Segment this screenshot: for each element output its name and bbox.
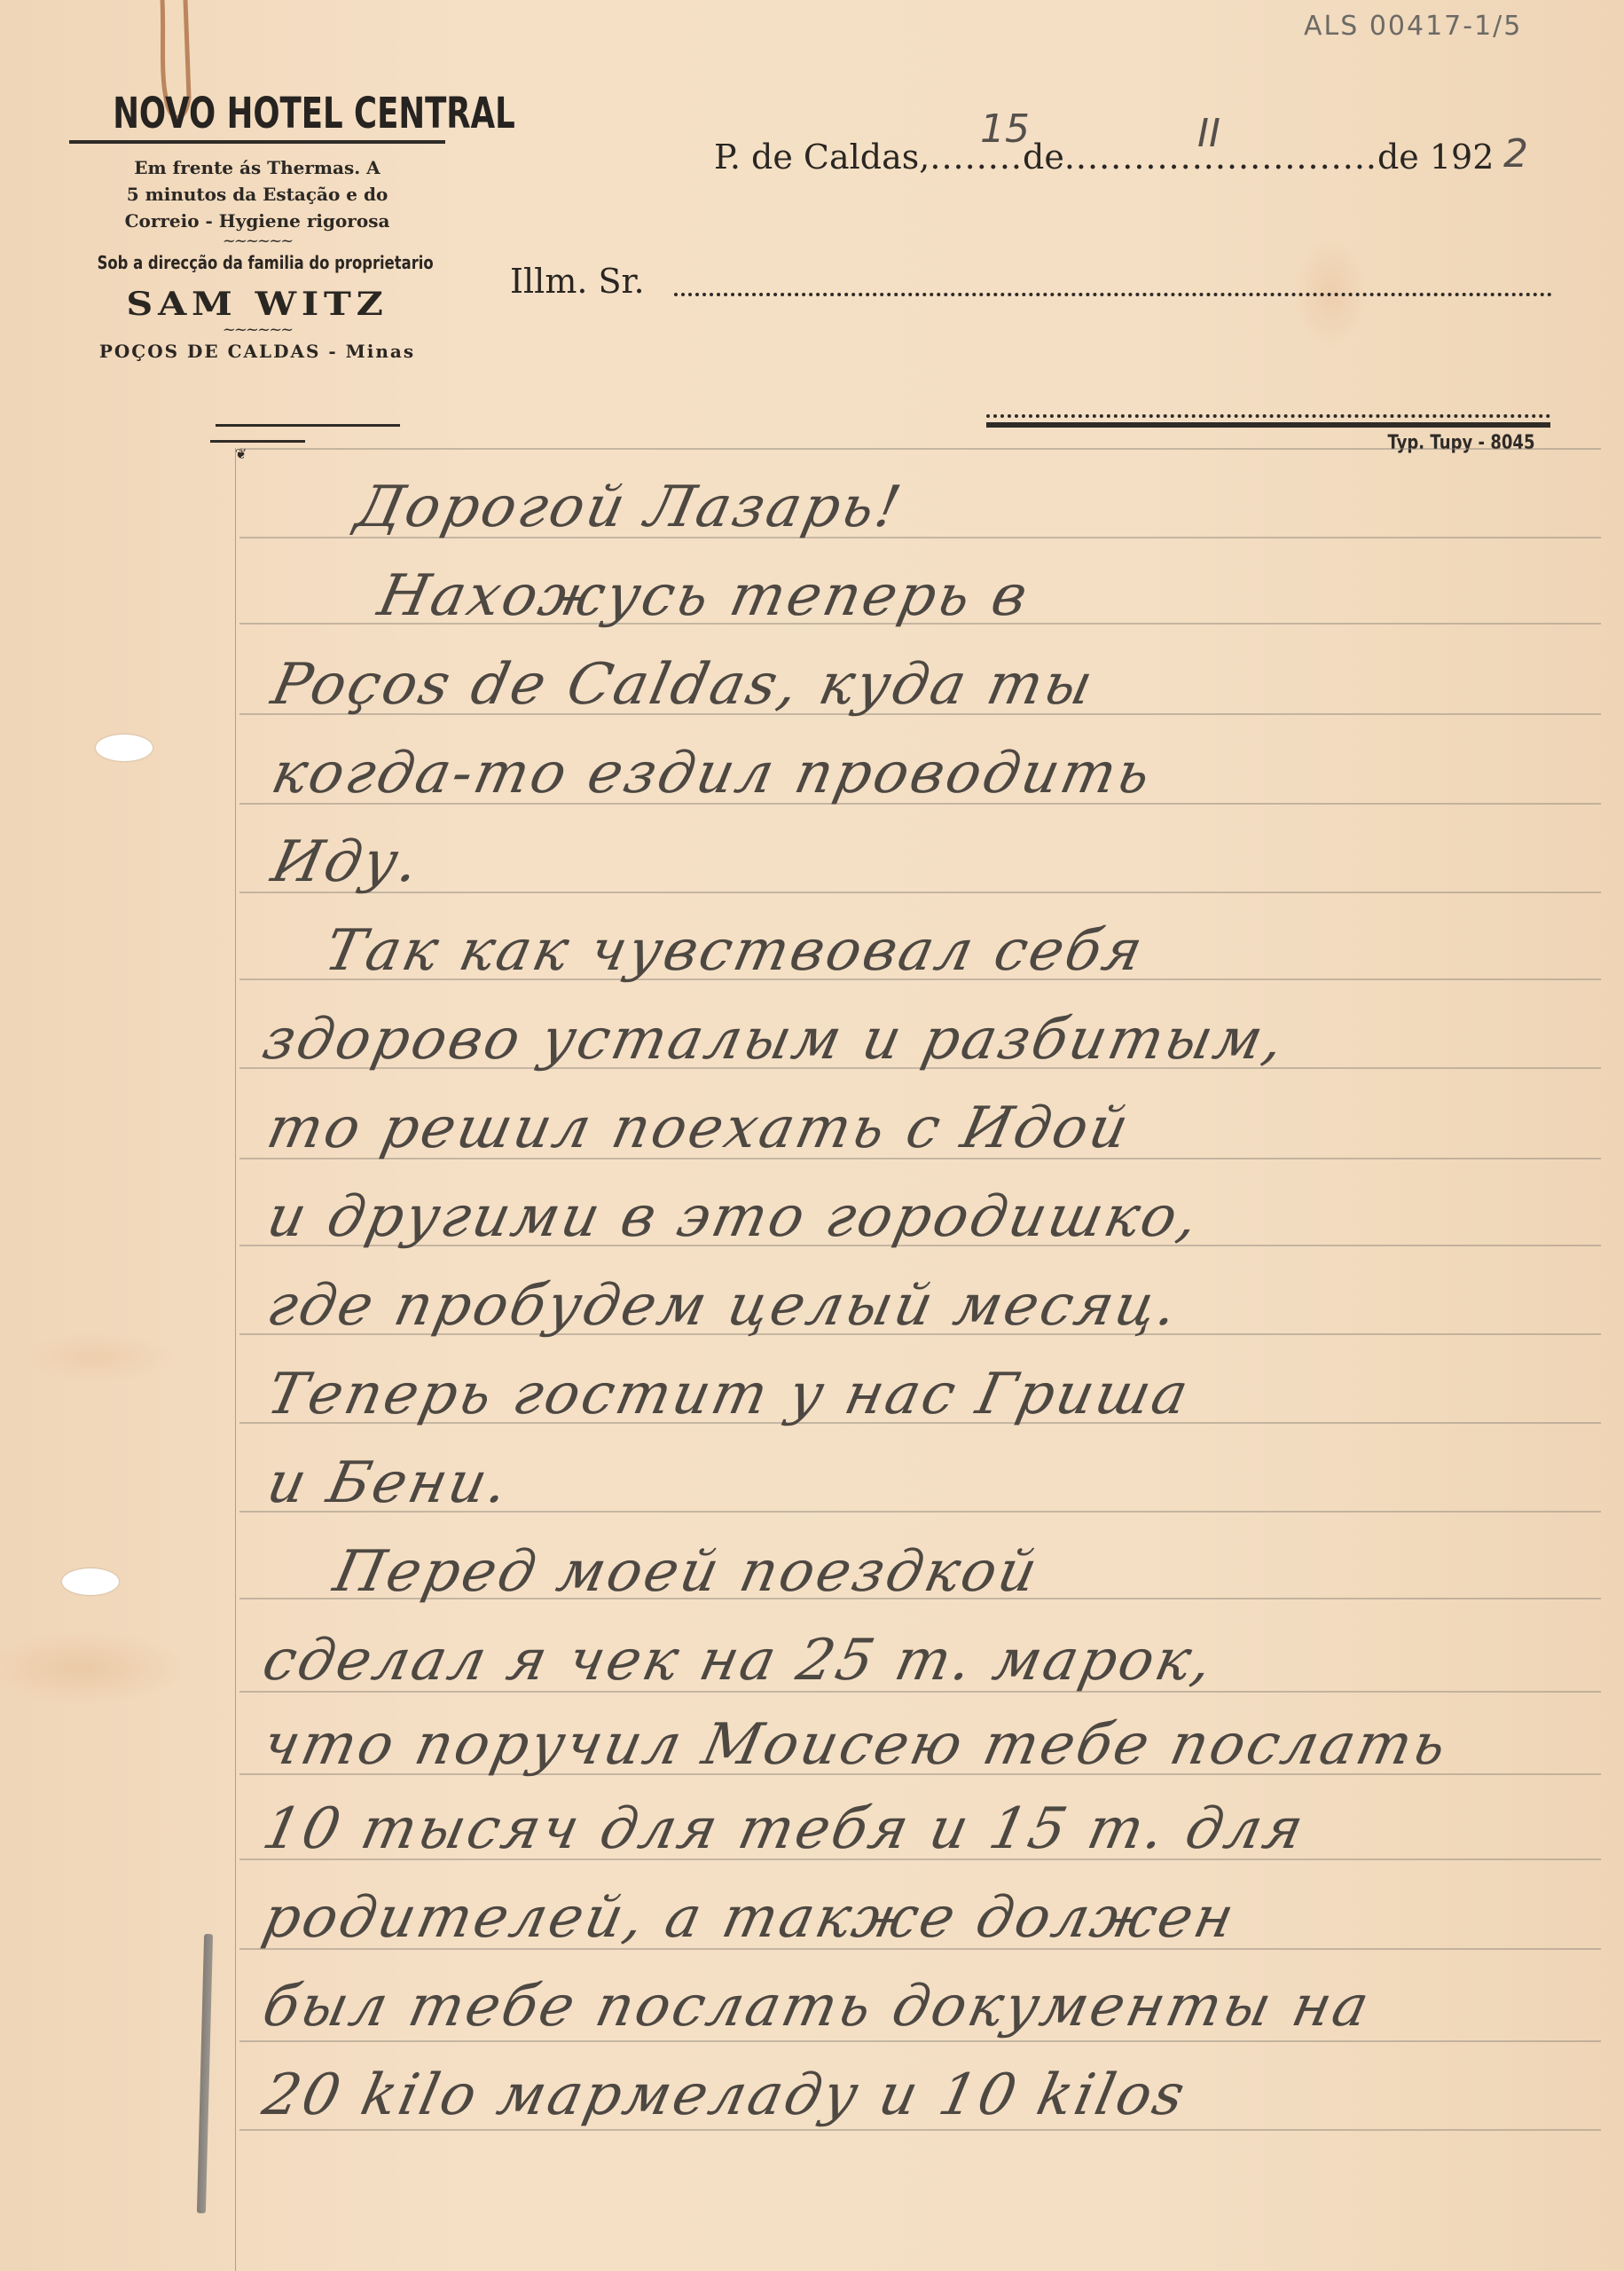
letterhead-rule: [216, 424, 400, 427]
letter-line: родителей, а также должен: [257, 1885, 1242, 1951]
hotel-name: NOVO HOTEL CENTRAL: [113, 89, 402, 138]
wave-ornament: ~~~~~~: [62, 323, 452, 337]
letter-line: сделал я чек на 25 т. марок,: [257, 1628, 1220, 1693]
year-prefix: de 192: [1377, 138, 1494, 177]
hotel-letterhead: NOVO HOTEL CENTRAL Em frente ás Thermas.…: [62, 89, 452, 362]
recipient-dotted-line: [674, 293, 1552, 296]
archive-id-stamp: ALS 00417-1/5: [1304, 11, 1522, 42]
letter-line: был тебе послать документы на: [257, 1974, 1377, 2039]
letter-line: когда-то ездил проводить: [266, 741, 1158, 806]
ruled-line: [239, 2040, 1601, 2042]
wave-ornament: ~~~~~~: [62, 234, 452, 248]
ruled-line: [239, 892, 1601, 893]
handwritten-day: 15: [980, 106, 1030, 152]
letter-line: Дорогой Лазарь!: [350, 475, 908, 540]
date-line: P. de Caldas,........de.................…: [714, 138, 1494, 177]
place-label: P. de Caldas,: [714, 138, 930, 177]
tagline-line: Em frente ás Thermas. A: [62, 154, 452, 181]
letter-line: Нахожусь теперь в: [373, 563, 1035, 629]
letter-line: где пробудем целый месяц.: [262, 1273, 1186, 1339]
letterhead-rule: [69, 140, 445, 144]
pencil-margin-mark: [197, 1934, 213, 2213]
letter-line: Теперь гостит у нас Гриша: [262, 1362, 1196, 1427]
ruled-line: [239, 2129, 1601, 2131]
letter-line: 10 тысяч для тебя и 15 т. для: [257, 1796, 1311, 1862]
letter-line: то решил поехать с Идой: [262, 1096, 1136, 1161]
letter-line: Так как чувствовал себя: [319, 918, 1150, 984]
punch-hole: [62, 1568, 119, 1595]
address-dotted-line: [986, 414, 1550, 418]
ruled-line: [239, 448, 1601, 450]
letter-line: Иду.: [266, 829, 428, 895]
letter-line: Poços de Caldas, куда ты: [266, 652, 1101, 718]
owner-name: SAM WITZ: [33, 286, 482, 323]
punch-hole: [96, 735, 153, 761]
letter-line: Перед моей поездкой: [328, 1539, 1045, 1605]
handwritten-month: II: [1197, 111, 1220, 156]
printer-mark: Typ. Tupy - 8045: [1387, 432, 1534, 454]
recipient-label: Illm. Sr.: [510, 262, 645, 301]
letter-line: здорово усталым и разбитым,: [257, 1007, 1292, 1073]
handwritten-year-digit: 2: [1503, 131, 1528, 177]
letter-line: что поручил Моисею тебе послать: [257, 1712, 1455, 1778]
letterhead-rule: [210, 440, 305, 443]
tagline-line: 5 minutos da Estação e do: [62, 181, 452, 208]
left-margin-line: [235, 448, 236, 2271]
management-note: Sob a direcção da familia do proprietari…: [98, 252, 418, 273]
letter-line: и Бени.: [262, 1450, 516, 1516]
letter-line: и другими в это городишко,: [262, 1184, 1206, 1250]
hotel-city: POÇOS DE CALDAS - Minas: [62, 341, 452, 362]
tagline-line: Correio - Hygiene rigorosa: [62, 208, 452, 234]
address-rule: [986, 422, 1550, 428]
letter-line: 20 kilo мармеладу и 10 kilos: [257, 2063, 1193, 2128]
